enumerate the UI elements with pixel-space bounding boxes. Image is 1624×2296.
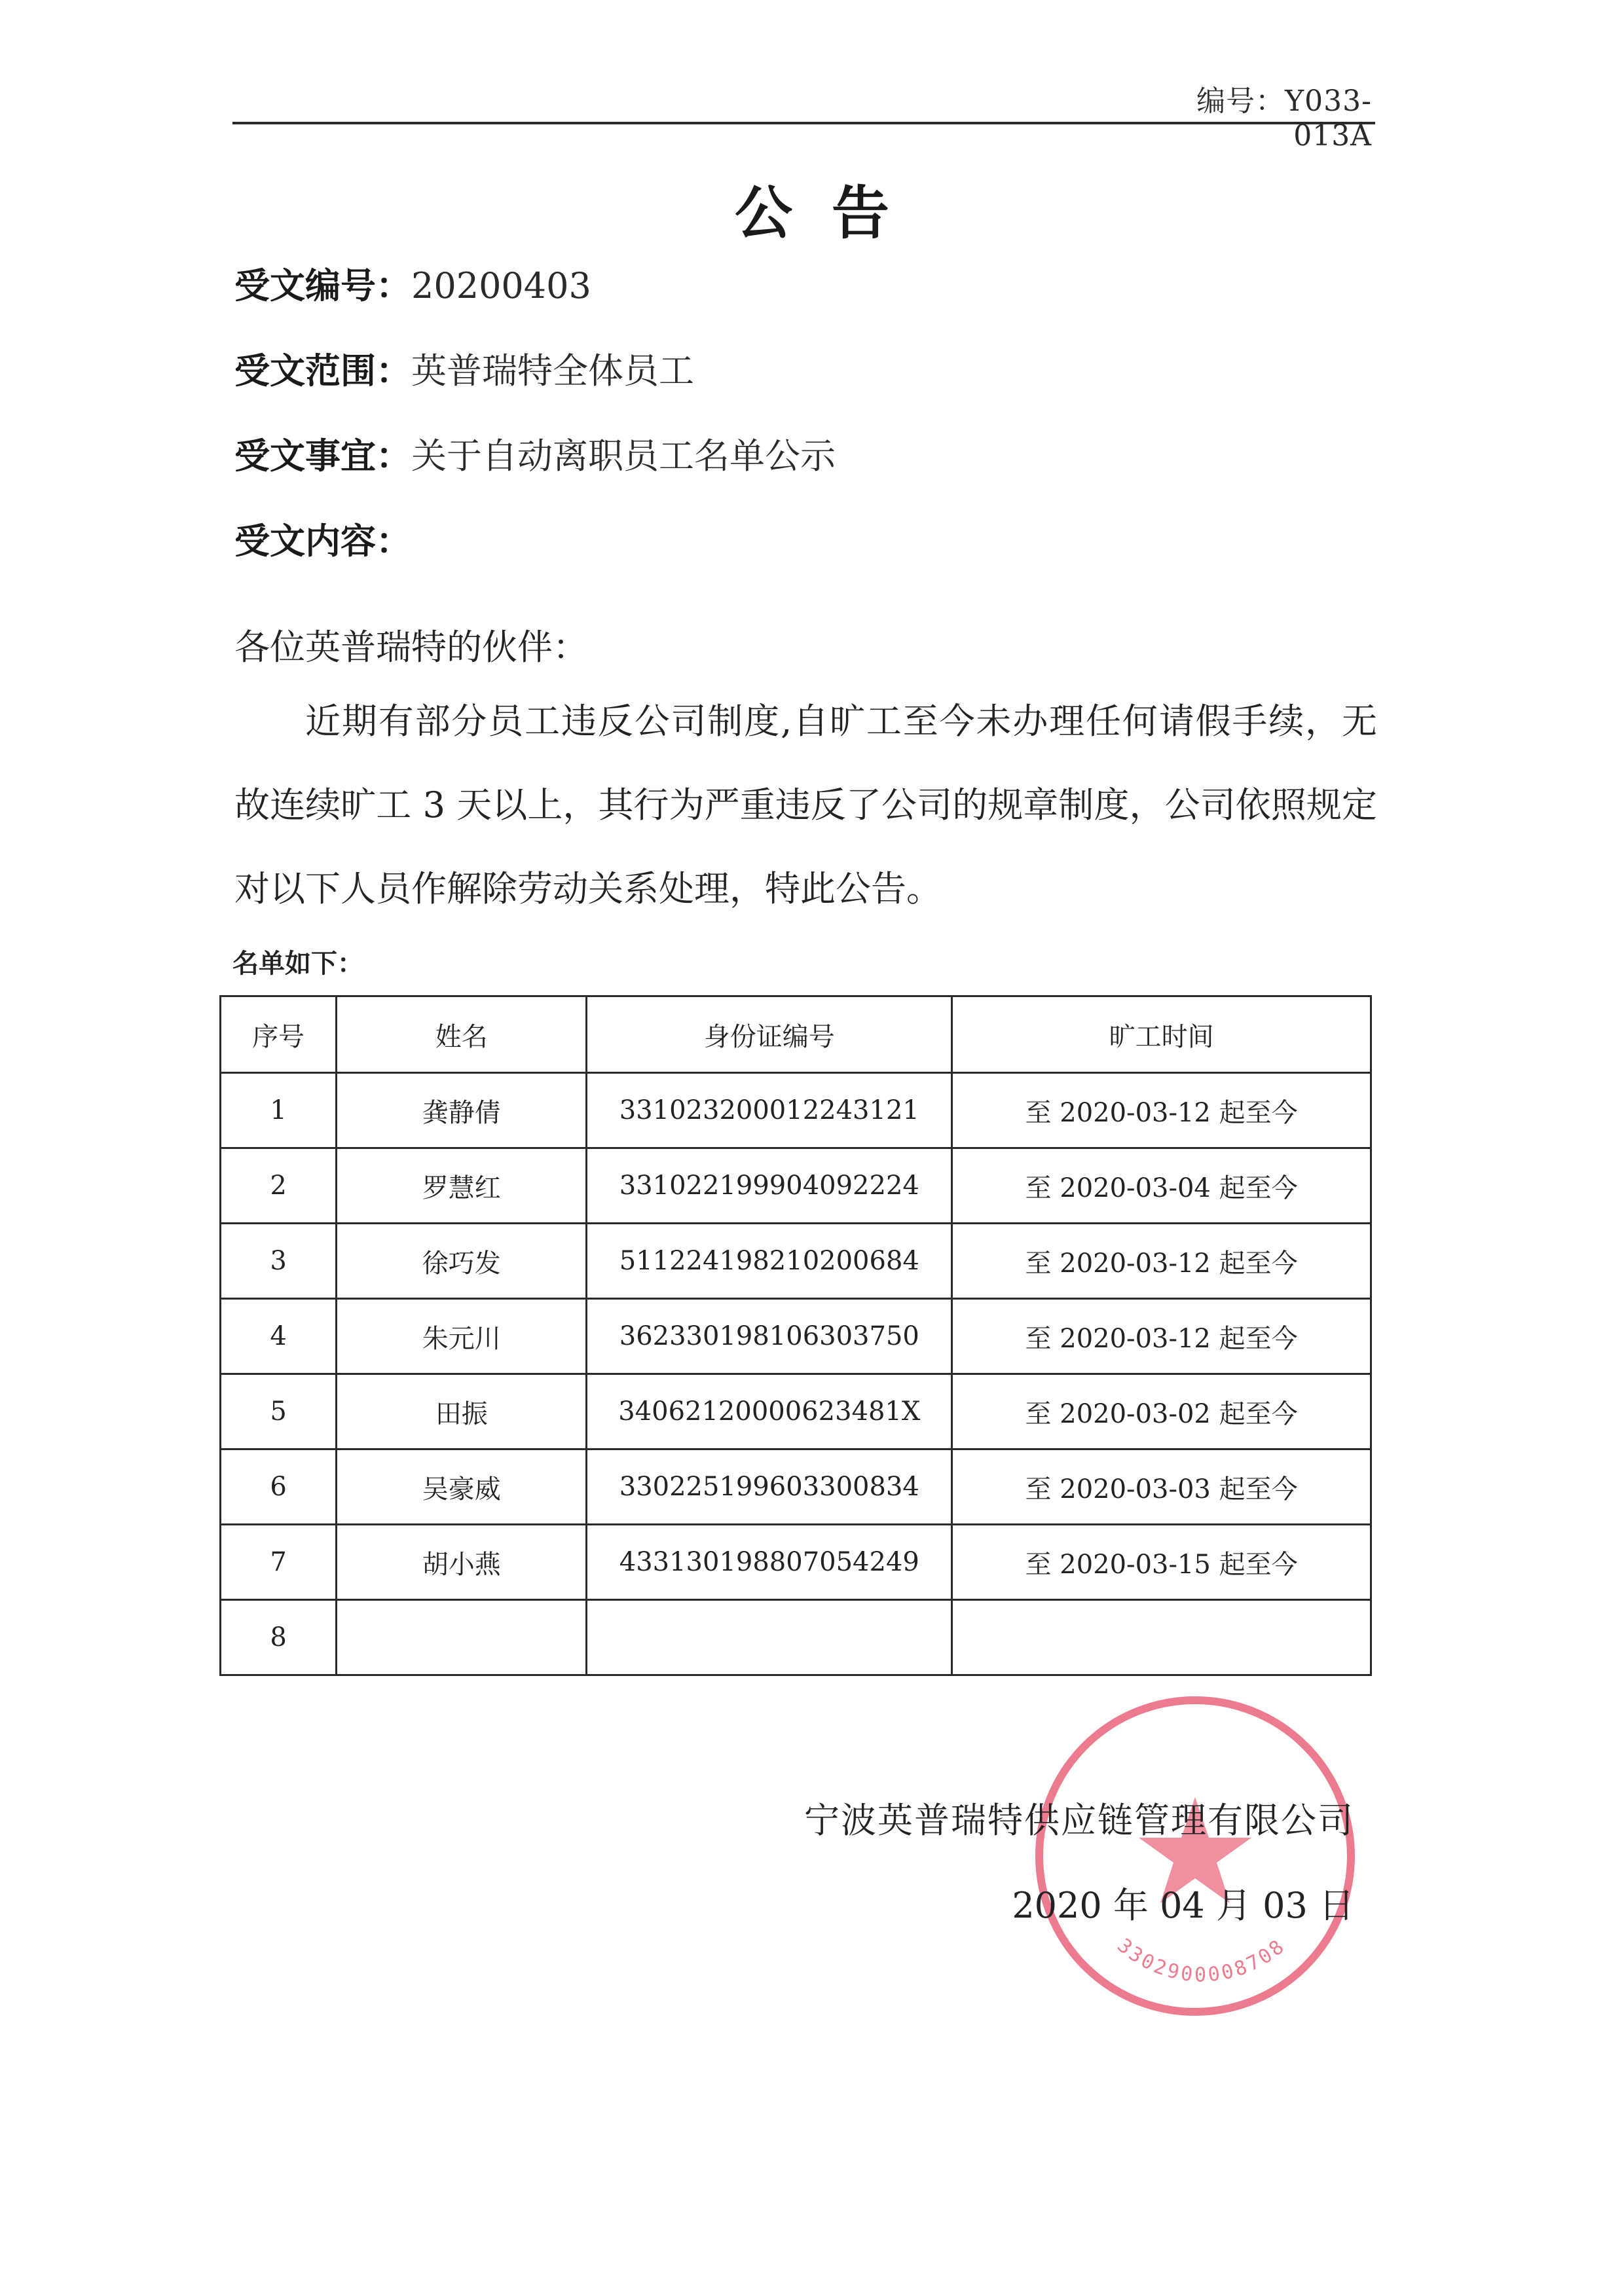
field-value: 关于自动离职员工名单公示: [411, 435, 836, 477]
field-label: 受文事宜：: [234, 435, 411, 477]
table-row: 3 徐巧发 511224198210200684 至 2020-03-12 起至…: [221, 1224, 1371, 1299]
table-header-row: 序号 姓名 身份证编号 旷工时间: [221, 996, 1371, 1073]
cell-name: 胡小燕: [337, 1525, 587, 1600]
header-absence-time: 旷工时间: [952, 996, 1371, 1073]
table-row: 6 吴豪威 330225199603300834 至 2020-03-03 起至…: [221, 1449, 1371, 1525]
company-seal-icon: 3302900008708: [1025, 1686, 1365, 2026]
cell-id-number: 362330198106303750: [587, 1299, 952, 1374]
list-caption: 名单如下：: [232, 943, 363, 980]
field-value: 20200403: [411, 265, 591, 306]
employee-table: 序号 姓名 身份证编号 旷工时间 1 龚静倩 33102320001224312…: [219, 995, 1372, 1676]
cell-name: [337, 1600, 587, 1675]
cell-id-number: 331022199904092224: [587, 1148, 952, 1224]
cell-absence-time: 至 2020-03-02 起至今: [952, 1374, 1371, 1449]
body-paragraph: 近期有部分员工违反公司制度,自旷工至今未办理任何请假手续，无故连续旷工 3 天以…: [234, 680, 1377, 931]
cell-name: 田振: [337, 1374, 587, 1449]
table-row: 4 朱元川 362330198106303750 至 2020-03-12 起至…: [221, 1299, 1371, 1374]
cell-seq: 2: [221, 1148, 337, 1224]
greeting: 各位英普瑞特的伙伴：: [234, 606, 1377, 689]
header-name: 姓名: [337, 996, 587, 1073]
field-label: 受文范围：: [234, 350, 411, 392]
header-rule: [232, 122, 1375, 124]
field-value: 英普瑞特全体员工: [411, 350, 694, 392]
field-doc-id: 受文编号：20200403: [234, 265, 591, 307]
table-row: 5 田振 34062120000623481X 至 2020-03-02 起至今: [221, 1374, 1371, 1449]
cell-id-number: 34062120000623481X: [587, 1374, 952, 1449]
table-row: 7 胡小燕 433130198807054249 至 2020-03-15 起至…: [221, 1525, 1371, 1600]
company-name: 宁波英普瑞特供应链管理有限公司: [804, 1793, 1354, 1843]
header-id-number: 身份证编号: [587, 996, 952, 1073]
field-content: 受文内容：: [234, 520, 411, 562]
svg-text:3302900008708: 3302900008708: [1113, 1934, 1290, 1986]
cell-seq: 3: [221, 1224, 337, 1299]
cell-absence-time: 至 2020-03-12 起至今: [952, 1224, 1371, 1299]
header-seq: 序号: [221, 996, 337, 1073]
cell-absence-time: [952, 1600, 1371, 1675]
field-label: 受文编号：: [234, 265, 411, 306]
cell-absence-time: 至 2020-03-15 起至今: [952, 1525, 1371, 1600]
field-scope: 受文范围：英普瑞特全体员工: [234, 350, 694, 392]
document-number: 编号：Y033-013A: [1143, 77, 1372, 153]
table-row: 1 龚静倩 331023200012243121 至 2020-03-12 起至…: [221, 1073, 1371, 1148]
cell-seq: 7: [221, 1525, 337, 1600]
cell-seq: 5: [221, 1374, 337, 1449]
cell-id-number: [587, 1600, 952, 1675]
cell-id-number: 331023200012243121: [587, 1073, 952, 1148]
table-row: 8: [221, 1600, 1371, 1675]
page-title: 公告: [0, 168, 1624, 250]
cell-seq: 1: [221, 1073, 337, 1148]
cell-id-number: 330225199603300834: [587, 1449, 952, 1525]
cell-seq: 8: [221, 1600, 337, 1675]
cell-name: 朱元川: [337, 1299, 587, 1374]
cell-name: 罗慧红: [337, 1148, 587, 1224]
cell-name: 龚静倩: [337, 1073, 587, 1148]
cell-absence-time: 至 2020-03-03 起至今: [952, 1449, 1371, 1525]
cell-id-number: 433130198807054249: [587, 1525, 952, 1600]
cell-name: 吴豪威: [337, 1449, 587, 1525]
cell-absence-time: 至 2020-03-04 起至今: [952, 1148, 1371, 1224]
signature-date: 2020 年 04 月 03 日: [1012, 1878, 1354, 1928]
cell-name: 徐巧发: [337, 1224, 587, 1299]
cell-absence-time: 至 2020-03-12 起至今: [952, 1299, 1371, 1374]
cell-seq: 4: [221, 1299, 337, 1374]
cell-id-number: 511224198210200684: [587, 1224, 952, 1299]
field-subject: 受文事宜：关于自动离职员工名单公示: [234, 435, 836, 477]
cell-absence-time: 至 2020-03-12 起至今: [952, 1073, 1371, 1148]
cell-seq: 6: [221, 1449, 337, 1525]
field-label: 受文内容：: [234, 520, 411, 562]
table-row: 2 罗慧红 331022199904092224 至 2020-03-04 起至…: [221, 1148, 1371, 1224]
